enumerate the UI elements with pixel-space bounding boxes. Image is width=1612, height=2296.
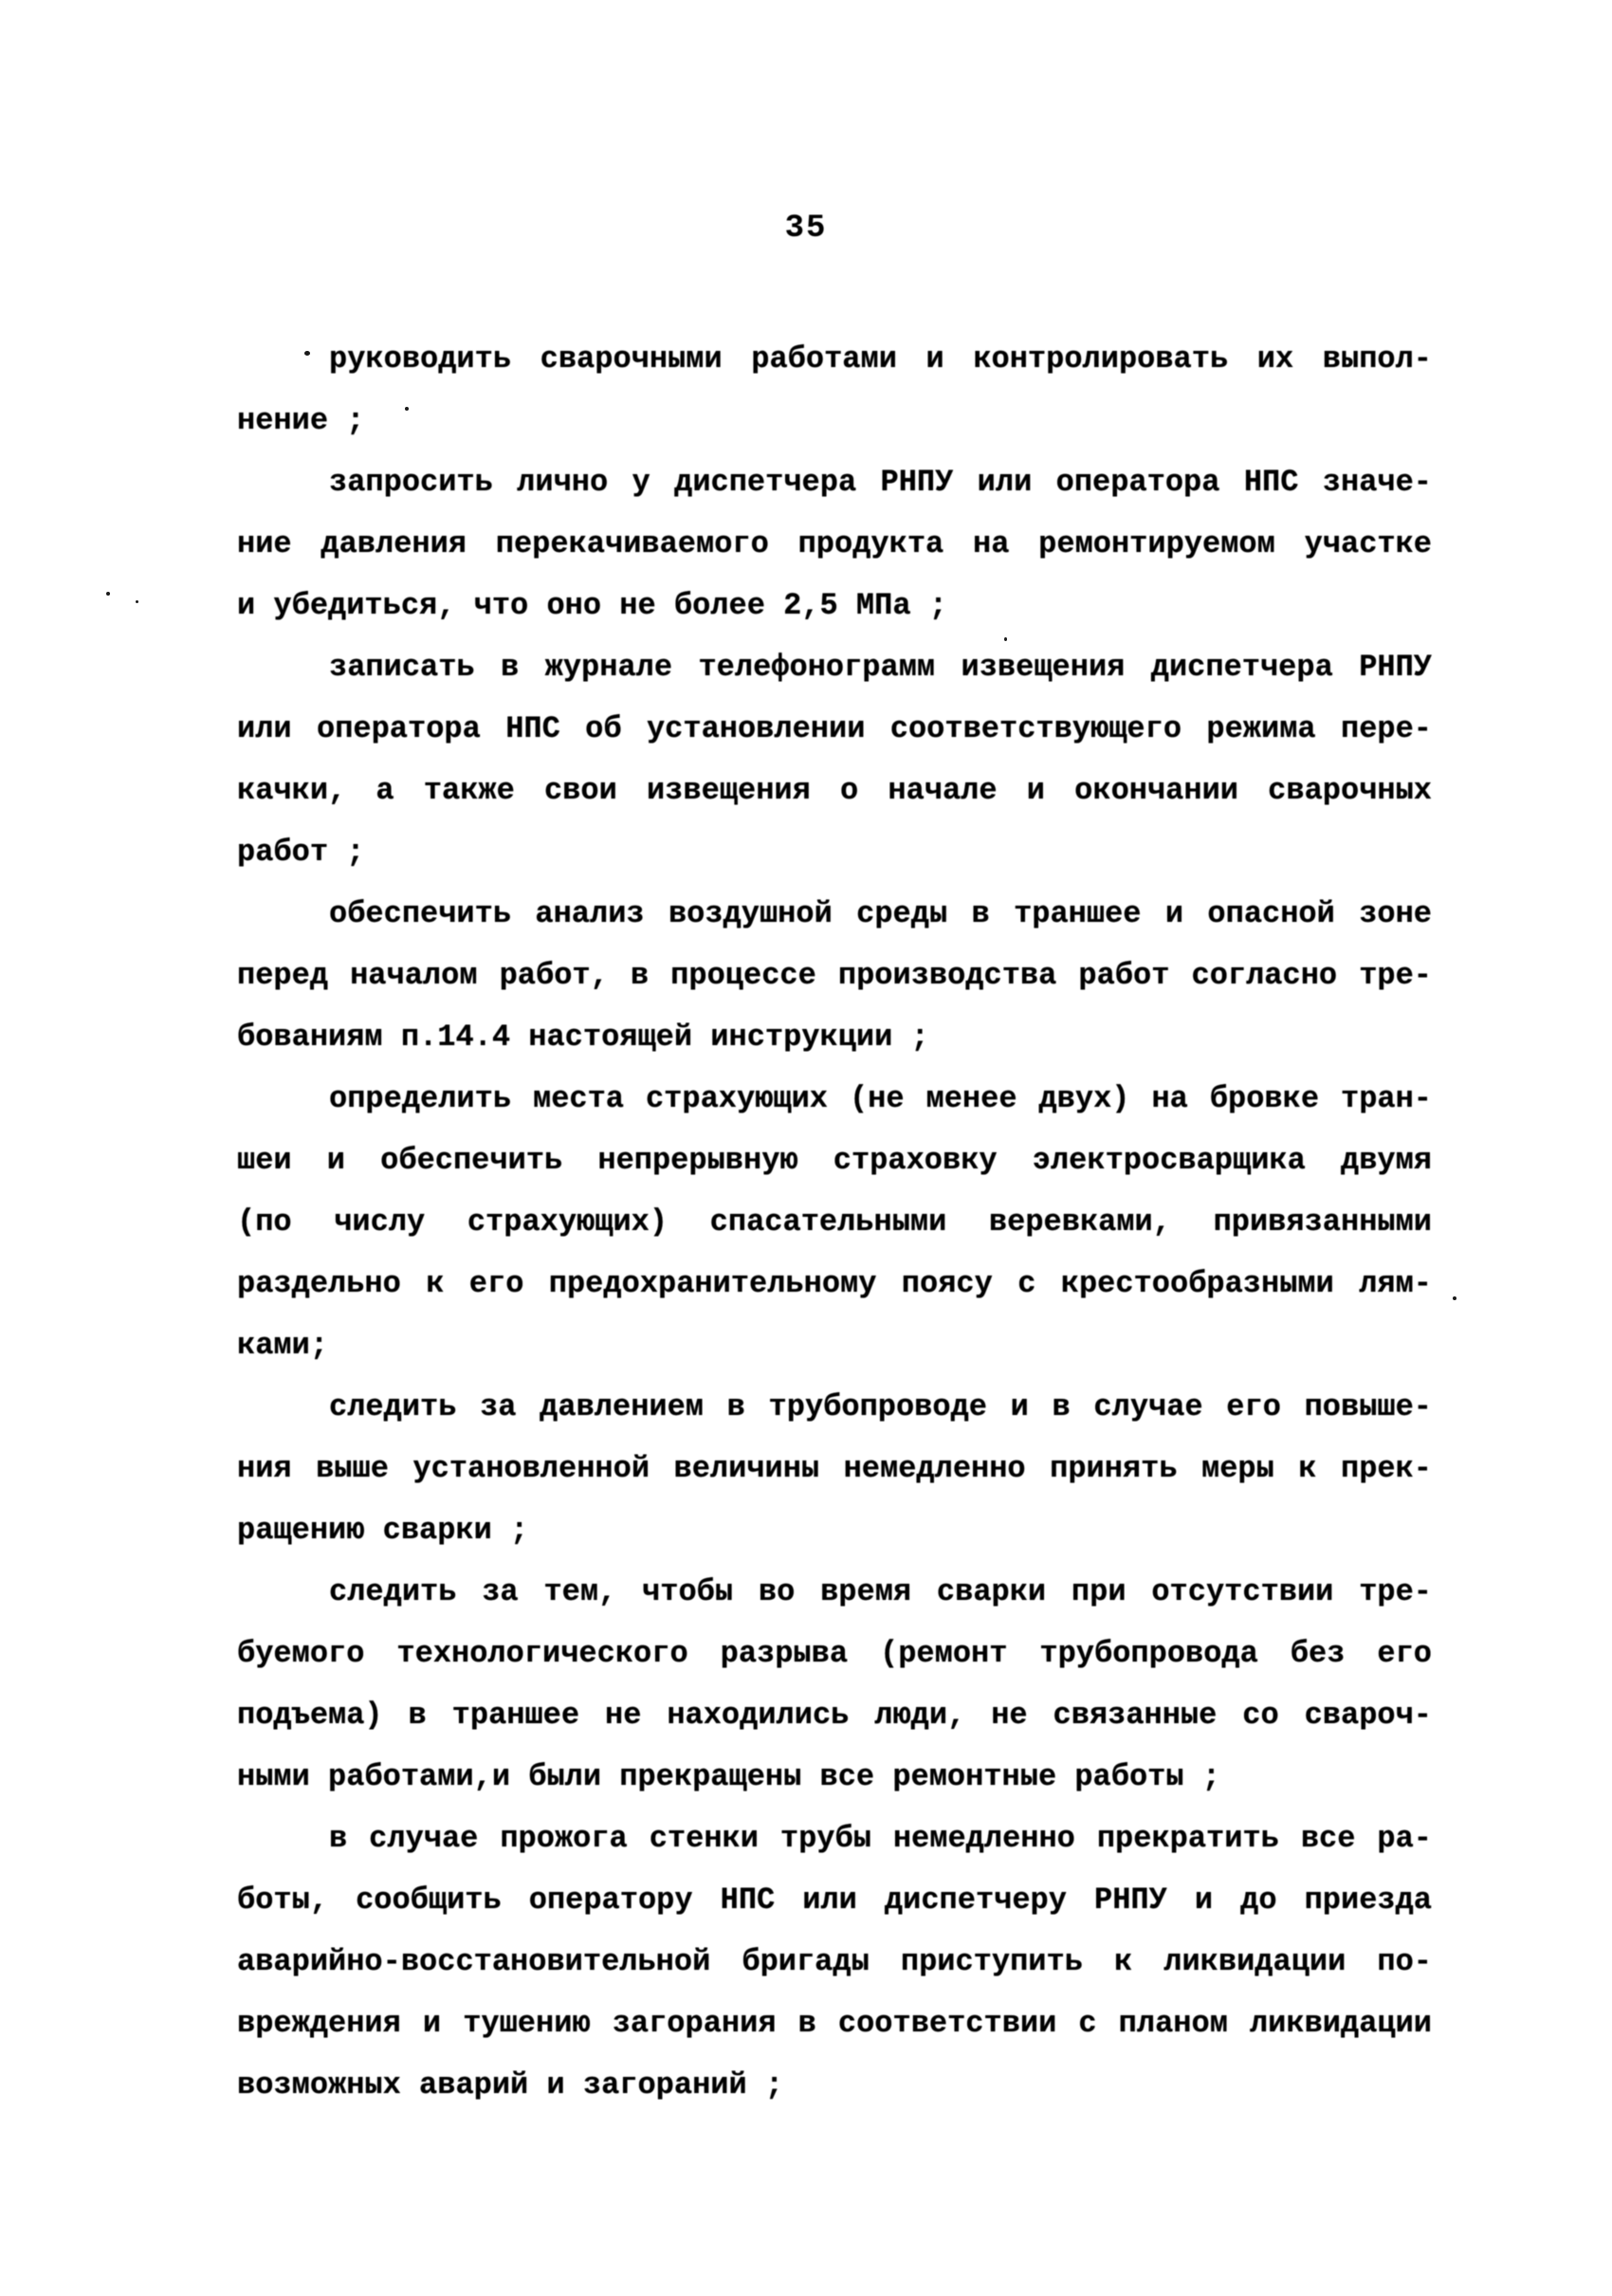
ink-speck	[136, 600, 138, 603]
text-line: перед началом работ, в процессе производ…	[237, 945, 1432, 1006]
text-line: следить за давлением в трубопроводе и в …	[237, 1376, 1432, 1438]
text-line: следить за тем, чтобы во время сварки пр…	[237, 1561, 1432, 1623]
text-line: шеи и обеспечить непрерывную страховку э…	[237, 1130, 1432, 1191]
text-line: записать в журнале телефонограмм извещен…	[237, 636, 1432, 698]
text-line: подъема) в траншее не находились люди, н…	[237, 1684, 1432, 1746]
paragraph: следить за давлением в трубопроводе и в …	[237, 1376, 1432, 1561]
text-line: буемого технологического разрыва (ремонт…	[237, 1623, 1432, 1684]
paragraph: запросить лично у диспетчера РНПУ или оп…	[237, 451, 1432, 636]
text-line: определить места страхующих (не менее дв…	[237, 1068, 1432, 1130]
text-line: ние давления перекачиваемого продукта на…	[237, 513, 1432, 575]
text-line: ками;	[237, 1314, 1432, 1376]
paragraph: руководить сварочными работами и контрол…	[237, 328, 1432, 451]
text-line: запросить лично у диспетчера РНПУ или оп…	[237, 451, 1432, 513]
text-line: руководить сварочными работами и контрол…	[237, 328, 1432, 390]
text-line: ращению сварки ;	[237, 1499, 1432, 1561]
ink-speck	[106, 592, 110, 596]
text-line: аварийно-восстановительной бригады прист…	[237, 1931, 1432, 1993]
text-line: раздельно к его предохранительному поясу…	[237, 1253, 1432, 1314]
text-line: нение ;	[237, 390, 1432, 451]
paragraph: обеспечить анализ воздушной среды в тран…	[237, 883, 1432, 1068]
text-line: работ ;	[237, 821, 1432, 883]
text-line: (по числу страхующих) спасательными вере…	[237, 1191, 1432, 1253]
text-line: ния выше установленной величины немедлен…	[237, 1438, 1432, 1499]
page-number: 35	[0, 211, 1612, 247]
text-line: возможных аварий и загораний ;	[237, 2054, 1432, 2116]
paragraph: записать в журнале телефонограмм извещен…	[237, 636, 1432, 883]
paragraph: в случае прожога стенки трубы немедленно…	[237, 1808, 1432, 2116]
paragraph: следить за тем, чтобы во время сварки пр…	[237, 1561, 1432, 1808]
text-line: качки, а также свои извещения о начале и…	[237, 760, 1432, 821]
text-line: боты, сообщить оператору НПС или диспетч…	[237, 1869, 1432, 1931]
text-line: бованиям п.14.4 настоящей инструкции ;	[237, 1006, 1432, 1068]
ink-speck	[1004, 637, 1007, 641]
text-line: вреждения и тушению загорания в соответс…	[237, 1993, 1432, 2054]
document-body: руководить сварочными работами и контрол…	[237, 328, 1432, 2116]
text-line: и убедиться, что оно не более 2,5 МПа ;	[237, 575, 1432, 636]
text-line: в случае прожога стенки трубы немедленно…	[237, 1808, 1432, 1869]
ink-speck	[1453, 1296, 1456, 1300]
text-line: или оператора НПС об установлении соотве…	[237, 698, 1432, 760]
ink-speck	[405, 407, 409, 411]
text-line: обеспечить анализ воздушной среды в тран…	[237, 883, 1432, 945]
ink-speck	[304, 351, 310, 356]
scanned-document-page: 35 руководить сварочными работами и конт…	[0, 0, 1612, 2296]
paragraph: определить места страхующих (не менее дв…	[237, 1068, 1432, 1376]
text-line: ными работами,и были прекращены все ремо…	[237, 1746, 1432, 1808]
